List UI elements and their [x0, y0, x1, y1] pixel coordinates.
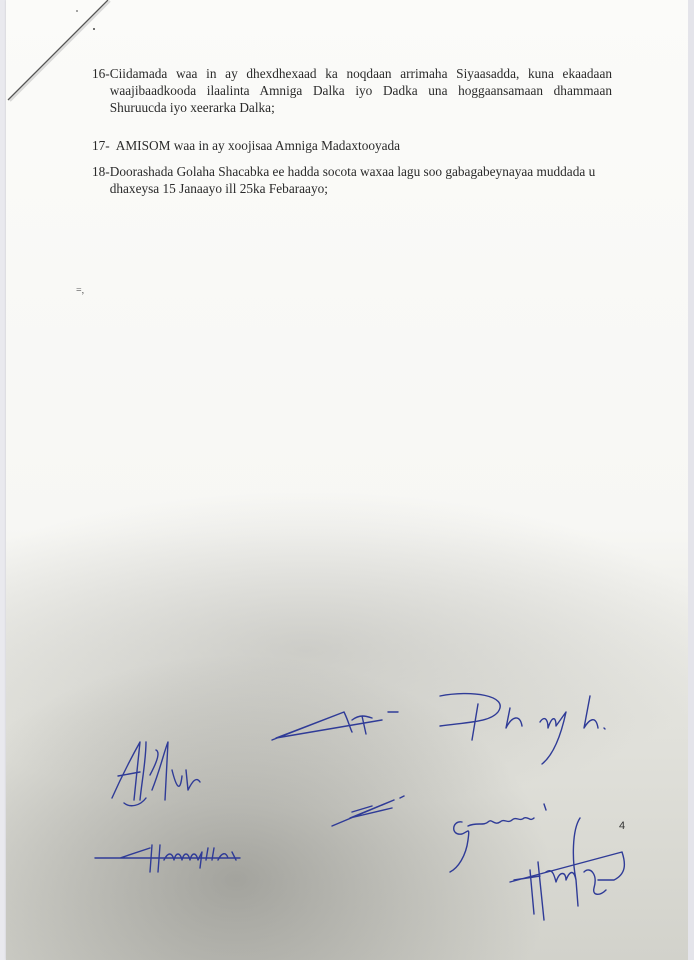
- page-edge: [688, 0, 694, 960]
- page-number: 4: [619, 820, 625, 832]
- clause-number: 16-: [92, 65, 110, 116]
- stray-mark: =,: [76, 285, 84, 296]
- clause-16: 16- Ciidamada waa in ay dhexdhexaad ka n…: [92, 65, 612, 116]
- clause-number: 18-: [92, 163, 110, 197]
- clause-text: AMISOM waa in ay xoojisaa Amniga Madaxto…: [116, 137, 612, 154]
- clause-text: Doorashada Golaha Shacabka ee hadda soco…: [110, 163, 612, 197]
- clause-18: 18- Doorashada Golaha Shacabka ee hadda …: [92, 163, 612, 197]
- clause-number: 17-: [92, 137, 110, 154]
- clause-17: 17- AMISOM waa in ay xoojisaa Amniga Mad…: [92, 137, 612, 154]
- clause-text: Ciidamada waa in ay dhexdhexaad ka noqda…: [110, 65, 612, 116]
